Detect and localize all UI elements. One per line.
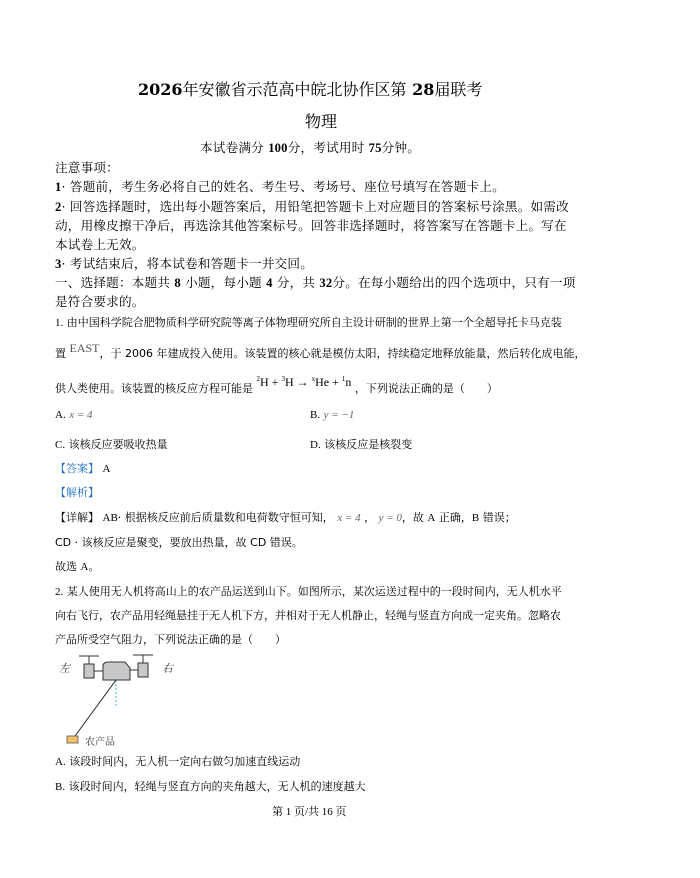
subject-title: 物理 — [305, 109, 337, 132]
drone-figure: 左 右 农产品 — [55, 652, 185, 747]
answer-label: 【答案】 — [55, 462, 99, 475]
q1-option-a: A. x = 4 — [55, 408, 93, 421]
option-label: C. — [55, 439, 65, 451]
nuclear-equation: 2H + 3H → xHe + 1n — [257, 375, 352, 389]
q2-line3: 产品所受空气阻力，下列说法正确的是（ ） — [55, 631, 286, 647]
conclusion-text: 。 — [88, 560, 99, 573]
q2-option-a: A. 该段时间内，无人机一定向右做匀加速直线运动 — [55, 753, 300, 769]
title-text: 年安徽省示范高中皖北协作区第 — [183, 80, 407, 99]
question-text: ，于 2006 年建成投入使用。该装置的核心就是模仿太阳，持续稳定地释放能量，然… — [100, 347, 586, 360]
note-text: · 回答选择题时，选出每小题答案后，用铅笔把答题卡上对应题目的答案标号涂黑。如需… — [62, 199, 569, 214]
detail-text: AB — [103, 512, 118, 524]
option-text: x = 4 — [69, 409, 92, 421]
exam-score: 100 — [268, 141, 288, 155]
eq-symbol: n — [345, 375, 351, 389]
points-per: 4 — [266, 276, 273, 290]
note-item-2-line3: 本试卷上无效。 — [55, 234, 145, 253]
detail-text: ， — [364, 511, 375, 524]
option-label: A. — [55, 409, 66, 421]
option-text: 该段时间内，轻绳与竖直方向的夹角越大，无人机的速度越大 — [69, 780, 366, 793]
conclusion-text: 故选 — [55, 560, 77, 573]
question-text: 供人类使用。该装置的核反应方程可能是 — [55, 382, 253, 395]
question-text: 由中国科学院合肥物质科学研究院等离子体物理研究所自主设计研制的世界上第一个全超导… — [67, 316, 562, 329]
detail-text: 正确， — [439, 511, 472, 524]
option-label: B. — [310, 409, 320, 421]
page-number: 第 1 页/共 16 页 — [272, 803, 347, 819]
q2-line1: 2. 某人使用无人机将高山上的农产品运送到山下。如图所示，某次运送过程中的一段时… — [55, 583, 562, 599]
question-number: 1. — [55, 317, 63, 329]
detail-text: · 根据核反应前后质量数和电荷数守恒可知， — [118, 511, 334, 524]
option-text: 该核反应要吸收热量 — [69, 438, 168, 451]
label-left: 左 — [59, 660, 70, 676]
q1-option-b: B. y = −1 — [310, 408, 354, 421]
detail-math: x = 4 — [337, 512, 360, 524]
title-suffix: 届联考 — [434, 80, 482, 99]
note-item-1: 1· 答题前，考生务必将自己的姓名、考生号、考场号、座位号填写在答题卡上。 — [55, 176, 505, 195]
title-year: 2026 — [138, 80, 183, 99]
exam-info: 本试卷满分 100分，考试用时 75分钟。 — [200, 137, 420, 156]
eq-symbol: H — [285, 375, 294, 389]
option-text: y = −1 — [324, 409, 355, 421]
detail-text: ，故 — [402, 511, 424, 524]
arrow-icon: → — [297, 375, 309, 389]
detail-text: A — [427, 512, 435, 524]
q2-option-b: B. 该段时间内，轻绳与竖直方向的夹角越大，无人机的速度越大 — [55, 778, 366, 794]
option-label: A. — [55, 756, 66, 768]
detail-math: y = 0 — [379, 512, 402, 524]
eq-symbol: He — [315, 375, 329, 389]
option-label: D. — [310, 439, 321, 451]
option-label: B. — [55, 781, 65, 793]
question-count: 8 — [174, 276, 181, 290]
detail-label: 【详解】 — [55, 511, 99, 524]
exam-info-text: 分，考试用时 — [288, 140, 365, 155]
q1-answer: 【答案】 A — [55, 460, 110, 476]
section-heading: 一、选择题：本题共 8 小题，每小题 4 分，共 32分。在每小题给出的四个选项… — [55, 272, 576, 291]
q1-detail-line1: 【详解】 AB· 根据核反应前后质量数和电荷数守恒可知， x = 4 ， y =… — [55, 509, 516, 525]
q2-line2: 向右飞行，农产品用轻绳悬挂于无人机下方，并相对于无人机静止，轻绳与竖直方向成一定… — [55, 607, 561, 623]
note-text: · 答题前，考生务必将自己的姓名、考生号、考场号、座位号填写在答题卡上。 — [62, 179, 505, 194]
label-right: 右 — [162, 660, 173, 676]
notes-heading: 注意事项： — [55, 157, 119, 176]
detail-text: 错误； — [483, 511, 516, 524]
label-cargo: 农产品 — [85, 733, 115, 748]
section-text: 分。在每小题给出的四个选项中，只有一项 — [332, 275, 575, 290]
q1-option-d: D. 该核反应是核裂变 — [310, 436, 412, 452]
eq-symbol: H — [260, 375, 269, 389]
q1-detail-line2: CD · 该核反应是聚变，要放出热量，故 CD 错误。 — [55, 534, 303, 550]
detail-text: B — [472, 512, 479, 524]
section-heading-line2: 是符合要求的。 — [55, 291, 145, 310]
note-text: · 考试结束后，将本试卷和答题卡一并交回。 — [62, 256, 314, 271]
question-text: ，下列说法正确的是（ ） — [355, 382, 498, 395]
section-text: 分，共 — [277, 275, 315, 290]
q1-line3: 供人类使用。该装置的核反应方程可能是 2H + 3H → xHe + 1n ，下… — [55, 380, 498, 396]
exam-info-text: 分钟。 — [382, 140, 420, 155]
question-number: 2. — [55, 586, 63, 598]
section-text: 小题，每小题 — [185, 275, 262, 290]
exam-title: 2026年安徽省示范高中皖北协作区第 28届联考 — [138, 77, 482, 100]
note-item-2-line1: 2· 回答选择题时，选出每小题答案后，用铅笔把答题卡上对应题目的答案标号涂黑。如… — [55, 196, 569, 215]
east-label: EAST — [70, 341, 100, 355]
q1-option-c: C. 该核反应要吸收热量 — [55, 436, 168, 452]
q1-analysis-label: 【解析】 — [55, 484, 99, 500]
q1-line2: 置 EAST，于 2006 年建成投入使用。该装置的核心就是模仿太阳，持续稳定地… — [55, 345, 585, 361]
points-total: 32 — [319, 276, 332, 290]
section-text: 一、选择题：本题共 — [55, 275, 170, 290]
q1-conclusion: 故选 A。 — [55, 558, 99, 574]
question-text: 置 — [55, 347, 66, 360]
option-text: 该段时间内，无人机一定向右做匀加速直线运动 — [69, 755, 300, 768]
title-number: 28 — [412, 80, 434, 99]
exam-time: 75 — [369, 141, 382, 155]
exam-info-text: 本试卷满分 — [200, 140, 264, 155]
question-text: 某人使用无人机将高山上的农产品运送到山下。如图所示，某次运送过程中的一段时间内，… — [67, 585, 562, 598]
answer-value: A — [103, 463, 111, 475]
q1-line1: 1. 由中国科学院合肥物质科学研究院等离子体物理研究所自主设计研制的世界上第一个… — [55, 314, 562, 330]
note-item-2-line2: 动，用橡皮擦干净后，再选涂其他答案标号。回答非选择题时，将答案写在答题卡上。写在 — [55, 215, 567, 234]
option-text: 该核反应是核裂变 — [324, 438, 412, 451]
note-item-3: 3· 考试结束后，将本试卷和答题卡一并交回。 — [55, 253, 313, 272]
